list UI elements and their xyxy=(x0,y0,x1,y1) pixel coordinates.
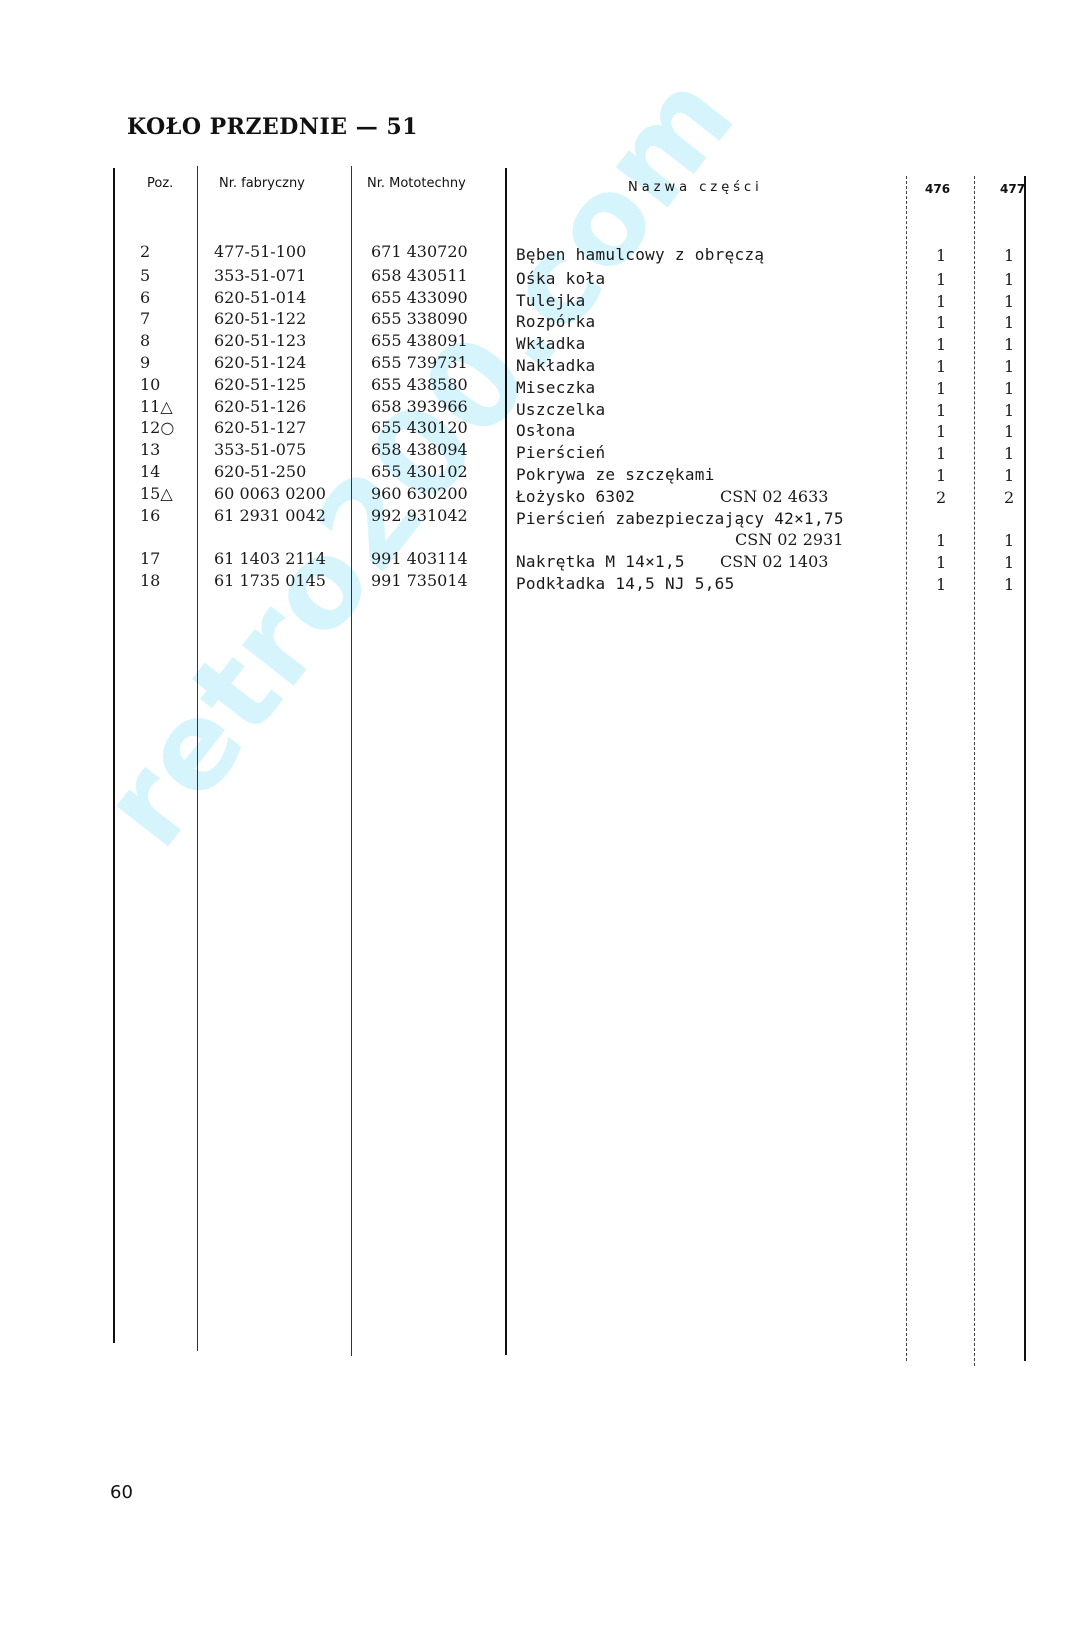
row-poz: 2 xyxy=(140,244,150,260)
row-qty-477: 1 xyxy=(1004,315,1014,331)
row-nazwa: Wkładka xyxy=(516,336,586,352)
row-nr-fabryczny: 61 1403 2114 xyxy=(214,551,326,567)
row-nr-mototechny: 658 430511 xyxy=(371,268,468,284)
row-nr-fabryczny: 60 0063 0200 xyxy=(214,486,326,502)
row-poz: 15△ xyxy=(140,486,173,502)
row-qty-476: 1 xyxy=(936,272,946,288)
row-qty-476: 1 xyxy=(936,315,946,331)
row-qty-476: 1 xyxy=(936,424,946,440)
row-nr-fabryczny: 620-51-124 xyxy=(214,355,306,371)
row-qty-477: 1 xyxy=(1004,555,1014,571)
row-poz: 9 xyxy=(140,355,150,371)
row-qty-476: 1 xyxy=(936,381,946,397)
row-nr-mototechny: 655 430120 xyxy=(371,420,468,436)
row-qty-477: 1 xyxy=(1004,337,1014,353)
column-divider xyxy=(974,176,975,1366)
row-qty-476: 1 xyxy=(936,468,946,484)
row-nr-fabryczny: 353-51-071 xyxy=(214,268,306,284)
row-qty-476: 1 xyxy=(936,533,946,549)
row-nr-fabryczny: 620-51-250 xyxy=(214,464,306,480)
row-poz: 14 xyxy=(140,464,160,480)
row-nr-fabryczny: 620-51-014 xyxy=(214,290,306,306)
row-nazwa: Uszczelka xyxy=(516,402,605,418)
row-qty-477: 1 xyxy=(1004,468,1014,484)
row-nazwa: Ośka koła xyxy=(516,271,605,287)
row-nr-fabryczny: 61 1735 0145 xyxy=(214,573,326,589)
row-qty-477: 1 xyxy=(1004,533,1014,549)
table-border-left xyxy=(113,168,115,1343)
row-poz: 10 xyxy=(140,377,160,393)
row-nr-fabryczny: 353-51-075 xyxy=(214,442,306,458)
row-poz: 17 xyxy=(140,551,160,567)
row-qty-476: 1 xyxy=(936,403,946,419)
row-nazwa: Rozpórka xyxy=(516,314,595,330)
row-nazwa: Miseczka xyxy=(516,380,595,396)
row-qty-476: 1 xyxy=(936,248,946,264)
row-nr-mototechny: 655 438580 xyxy=(371,377,468,393)
row-nr-mototechny: 992 931042 xyxy=(371,508,468,524)
row-nazwa: Nakładka xyxy=(516,358,595,374)
row-nr-mototechny: 991 735014 xyxy=(371,573,468,589)
header-nr-mototechny: Nr. Mototechny xyxy=(367,176,466,191)
row-poz: 6 xyxy=(140,290,150,306)
row-poz: 18 xyxy=(140,573,160,589)
row-poz: 5 xyxy=(140,268,150,284)
column-divider xyxy=(505,168,507,1355)
row-qty-476: 2 xyxy=(936,490,946,506)
row-nazwa: Tulejka xyxy=(516,293,586,309)
row-nr-mototechny: 655 430102 xyxy=(371,464,468,480)
row-nr-fabryczny: 620-51-125 xyxy=(214,377,306,393)
row-nr-fabryczny: 620-51-126 xyxy=(214,399,306,415)
row-qty-476: 1 xyxy=(936,555,946,571)
row-nr-mototechny: 655 739731 xyxy=(371,355,468,371)
row-qty-477: 1 xyxy=(1004,272,1014,288)
row-nr-mototechny: 658 393966 xyxy=(371,399,468,415)
row-poz: 11△ xyxy=(140,399,173,415)
row-poz: 7 xyxy=(140,311,150,327)
column-divider xyxy=(906,176,907,1361)
row-nazwa: Podkładka 14,5 NJ 5,65 xyxy=(516,576,735,592)
row-qty-476: 1 xyxy=(936,294,946,310)
row-nazwa: Nakrętka M 14×1,5 xyxy=(516,554,685,570)
row-nr-mototechny: 655 338090 xyxy=(371,311,468,327)
row-qty-477: 1 xyxy=(1004,359,1014,375)
row-qty-477: 1 xyxy=(1004,424,1014,440)
row-nazwa: Pierścień xyxy=(516,445,605,461)
row-nr-mototechny: 655 438091 xyxy=(371,333,468,349)
row-standard: CSN 02 4633 xyxy=(720,489,828,505)
row-nr-fabryczny: 477-51-100 xyxy=(214,244,306,260)
row-standard: CSN 02 1403 xyxy=(720,554,828,570)
row-qty-476: 1 xyxy=(936,446,946,462)
row-nazwa: Pokrywa ze szczękami xyxy=(516,467,715,483)
header-nr-fabryczny: Nr. fabryczny xyxy=(219,176,305,191)
row-poz: 16 xyxy=(140,508,160,524)
row-nazwa: Pierścień zabezpieczający 42×1,75 xyxy=(516,511,844,527)
row-nr-mototechny: 960 630200 xyxy=(371,486,468,502)
row-qty-477: 1 xyxy=(1004,446,1014,462)
table-border-right xyxy=(1024,176,1026,1361)
header-477: 477 xyxy=(1000,182,1025,196)
row-standard: CSN 02 2931 xyxy=(735,532,843,548)
row-nr-mototechny: 655 433090 xyxy=(371,290,468,306)
header-nazwa-czesci: Nazwa części xyxy=(628,180,763,195)
row-qty-477: 2 xyxy=(1004,490,1014,506)
row-nazwa: Bęben hamulcowy z obręczą xyxy=(516,247,764,263)
row-qty-476: 1 xyxy=(936,577,946,593)
row-qty-477: 1 xyxy=(1004,381,1014,397)
row-poz: 8 xyxy=(140,333,150,349)
row-qty-477: 1 xyxy=(1004,248,1014,264)
column-divider xyxy=(351,166,352,1356)
row-nr-fabryczny: 61 2931 0042 xyxy=(214,508,326,524)
header-poz: Poz. xyxy=(147,176,173,191)
row-qty-476: 1 xyxy=(936,359,946,375)
column-divider xyxy=(197,166,198,1351)
row-qty-477: 1 xyxy=(1004,294,1014,310)
page-title: KOŁO PRZEDNIE — 51 xyxy=(127,114,418,140)
row-poz: 13 xyxy=(140,442,160,458)
row-nr-mototechny: 671 430720 xyxy=(371,244,468,260)
row-qty-477: 1 xyxy=(1004,577,1014,593)
row-nr-mototechny: 658 438094 xyxy=(371,442,468,458)
row-nr-mototechny: 991 403114 xyxy=(371,551,468,567)
row-qty-476: 1 xyxy=(936,337,946,353)
header-476: 476 xyxy=(925,182,950,196)
page-number: 60 xyxy=(110,1482,133,1503)
row-nazwa: Łożysko 6302 xyxy=(516,489,635,505)
row-nr-fabryczny: 620-51-127 xyxy=(214,420,306,436)
row-qty-477: 1 xyxy=(1004,403,1014,419)
row-poz: 12○ xyxy=(140,420,174,436)
row-nr-fabryczny: 620-51-122 xyxy=(214,311,306,327)
watermark: retro200.com xyxy=(75,47,762,872)
row-nr-fabryczny: 620-51-123 xyxy=(214,333,306,349)
row-nazwa: Osłona xyxy=(516,423,576,439)
